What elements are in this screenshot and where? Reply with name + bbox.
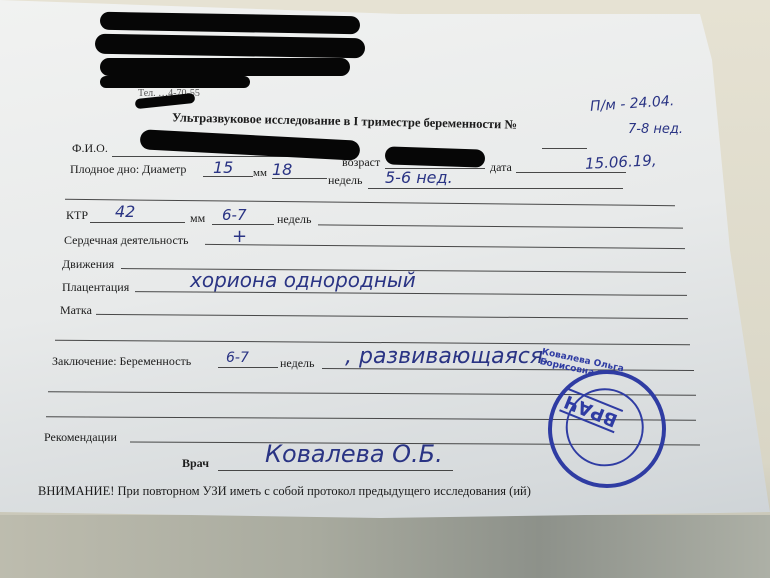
blank-line bbox=[65, 199, 675, 206]
redacted-header bbox=[100, 12, 360, 35]
redacted-header bbox=[100, 58, 350, 76]
redacted-age bbox=[385, 146, 486, 167]
uterus-line bbox=[96, 314, 688, 319]
form-title: Ультразвуковое исследование в I триместр… bbox=[172, 110, 517, 132]
date-label: дата bbox=[490, 160, 512, 175]
mm-label: мм bbox=[190, 211, 205, 226]
age-label: возраст bbox=[342, 155, 380, 170]
redacted-header bbox=[100, 76, 250, 88]
ktr-remaining-line bbox=[318, 224, 683, 228]
heart-activity-label: Сердечная деятельность bbox=[64, 233, 189, 248]
uterus-label: Матка bbox=[60, 303, 92, 318]
doctor-line bbox=[218, 470, 453, 471]
fio-label: Ф.И.О. bbox=[72, 141, 108, 156]
table-surface bbox=[0, 515, 770, 578]
date-value: 15.06.19, bbox=[585, 151, 657, 173]
diameter-value-1: 15 bbox=[213, 158, 233, 177]
stamp-ring-text: Ковалева Ольга Борисовна * bbox=[539, 347, 655, 390]
redacted-header bbox=[95, 34, 365, 59]
heart-line bbox=[205, 244, 685, 249]
placentation-value: хориона однородный bbox=[190, 268, 416, 292]
doctor-stamp: ВРАЧ Ковалева Ольга Борисовна * bbox=[540, 362, 673, 495]
placentation-label: Плацентация bbox=[62, 280, 129, 295]
corner-note: П/м - 24.04. bbox=[590, 93, 675, 115]
ktr-weeks-line bbox=[212, 224, 274, 225]
recommendations-label: Рекомендации bbox=[44, 430, 117, 445]
doctor-signature: Ковалева О.Б. bbox=[265, 440, 443, 468]
heart-value: + bbox=[232, 226, 247, 247]
doctor-label: Врач bbox=[182, 456, 209, 471]
weeks-line bbox=[368, 188, 623, 189]
conclusion-label: Заключение: Беременность bbox=[52, 354, 191, 369]
movements-label: Движения bbox=[62, 257, 114, 272]
fetal-sac-label: Плодное дно: Диаметр bbox=[70, 162, 186, 177]
weeks-label: недель bbox=[328, 173, 362, 188]
weeks-label: недель bbox=[280, 356, 314, 371]
footer-warning: ВНИМАНИЕ! При повторном УЗИ иметь с собо… bbox=[38, 484, 531, 499]
protocol-number-line bbox=[542, 148, 587, 149]
ktr-weeks-value: 6-7 bbox=[222, 206, 247, 224]
ultrasound-protocol-sheet: Тел. …4-70-55 Ультразвуковое исследовани… bbox=[0, 0, 770, 578]
ktr-label: КТР bbox=[66, 208, 88, 223]
conclusion-weeks-line bbox=[218, 367, 278, 368]
ktr-line bbox=[90, 222, 185, 223]
ktr-value: 42 bbox=[115, 202, 135, 221]
weeks-label: недель bbox=[277, 212, 311, 227]
corner-note: 7-8 нед. bbox=[628, 122, 683, 137]
weeks-value: 5-6 нед. bbox=[385, 168, 453, 187]
mm-label: мм bbox=[253, 167, 267, 179]
date-line bbox=[516, 172, 626, 173]
diameter-value-2: 18 bbox=[272, 160, 292, 179]
conclusion-weeks-value: 6-7 bbox=[226, 350, 249, 366]
conclusion-value: , развивающаяся. bbox=[345, 344, 550, 369]
